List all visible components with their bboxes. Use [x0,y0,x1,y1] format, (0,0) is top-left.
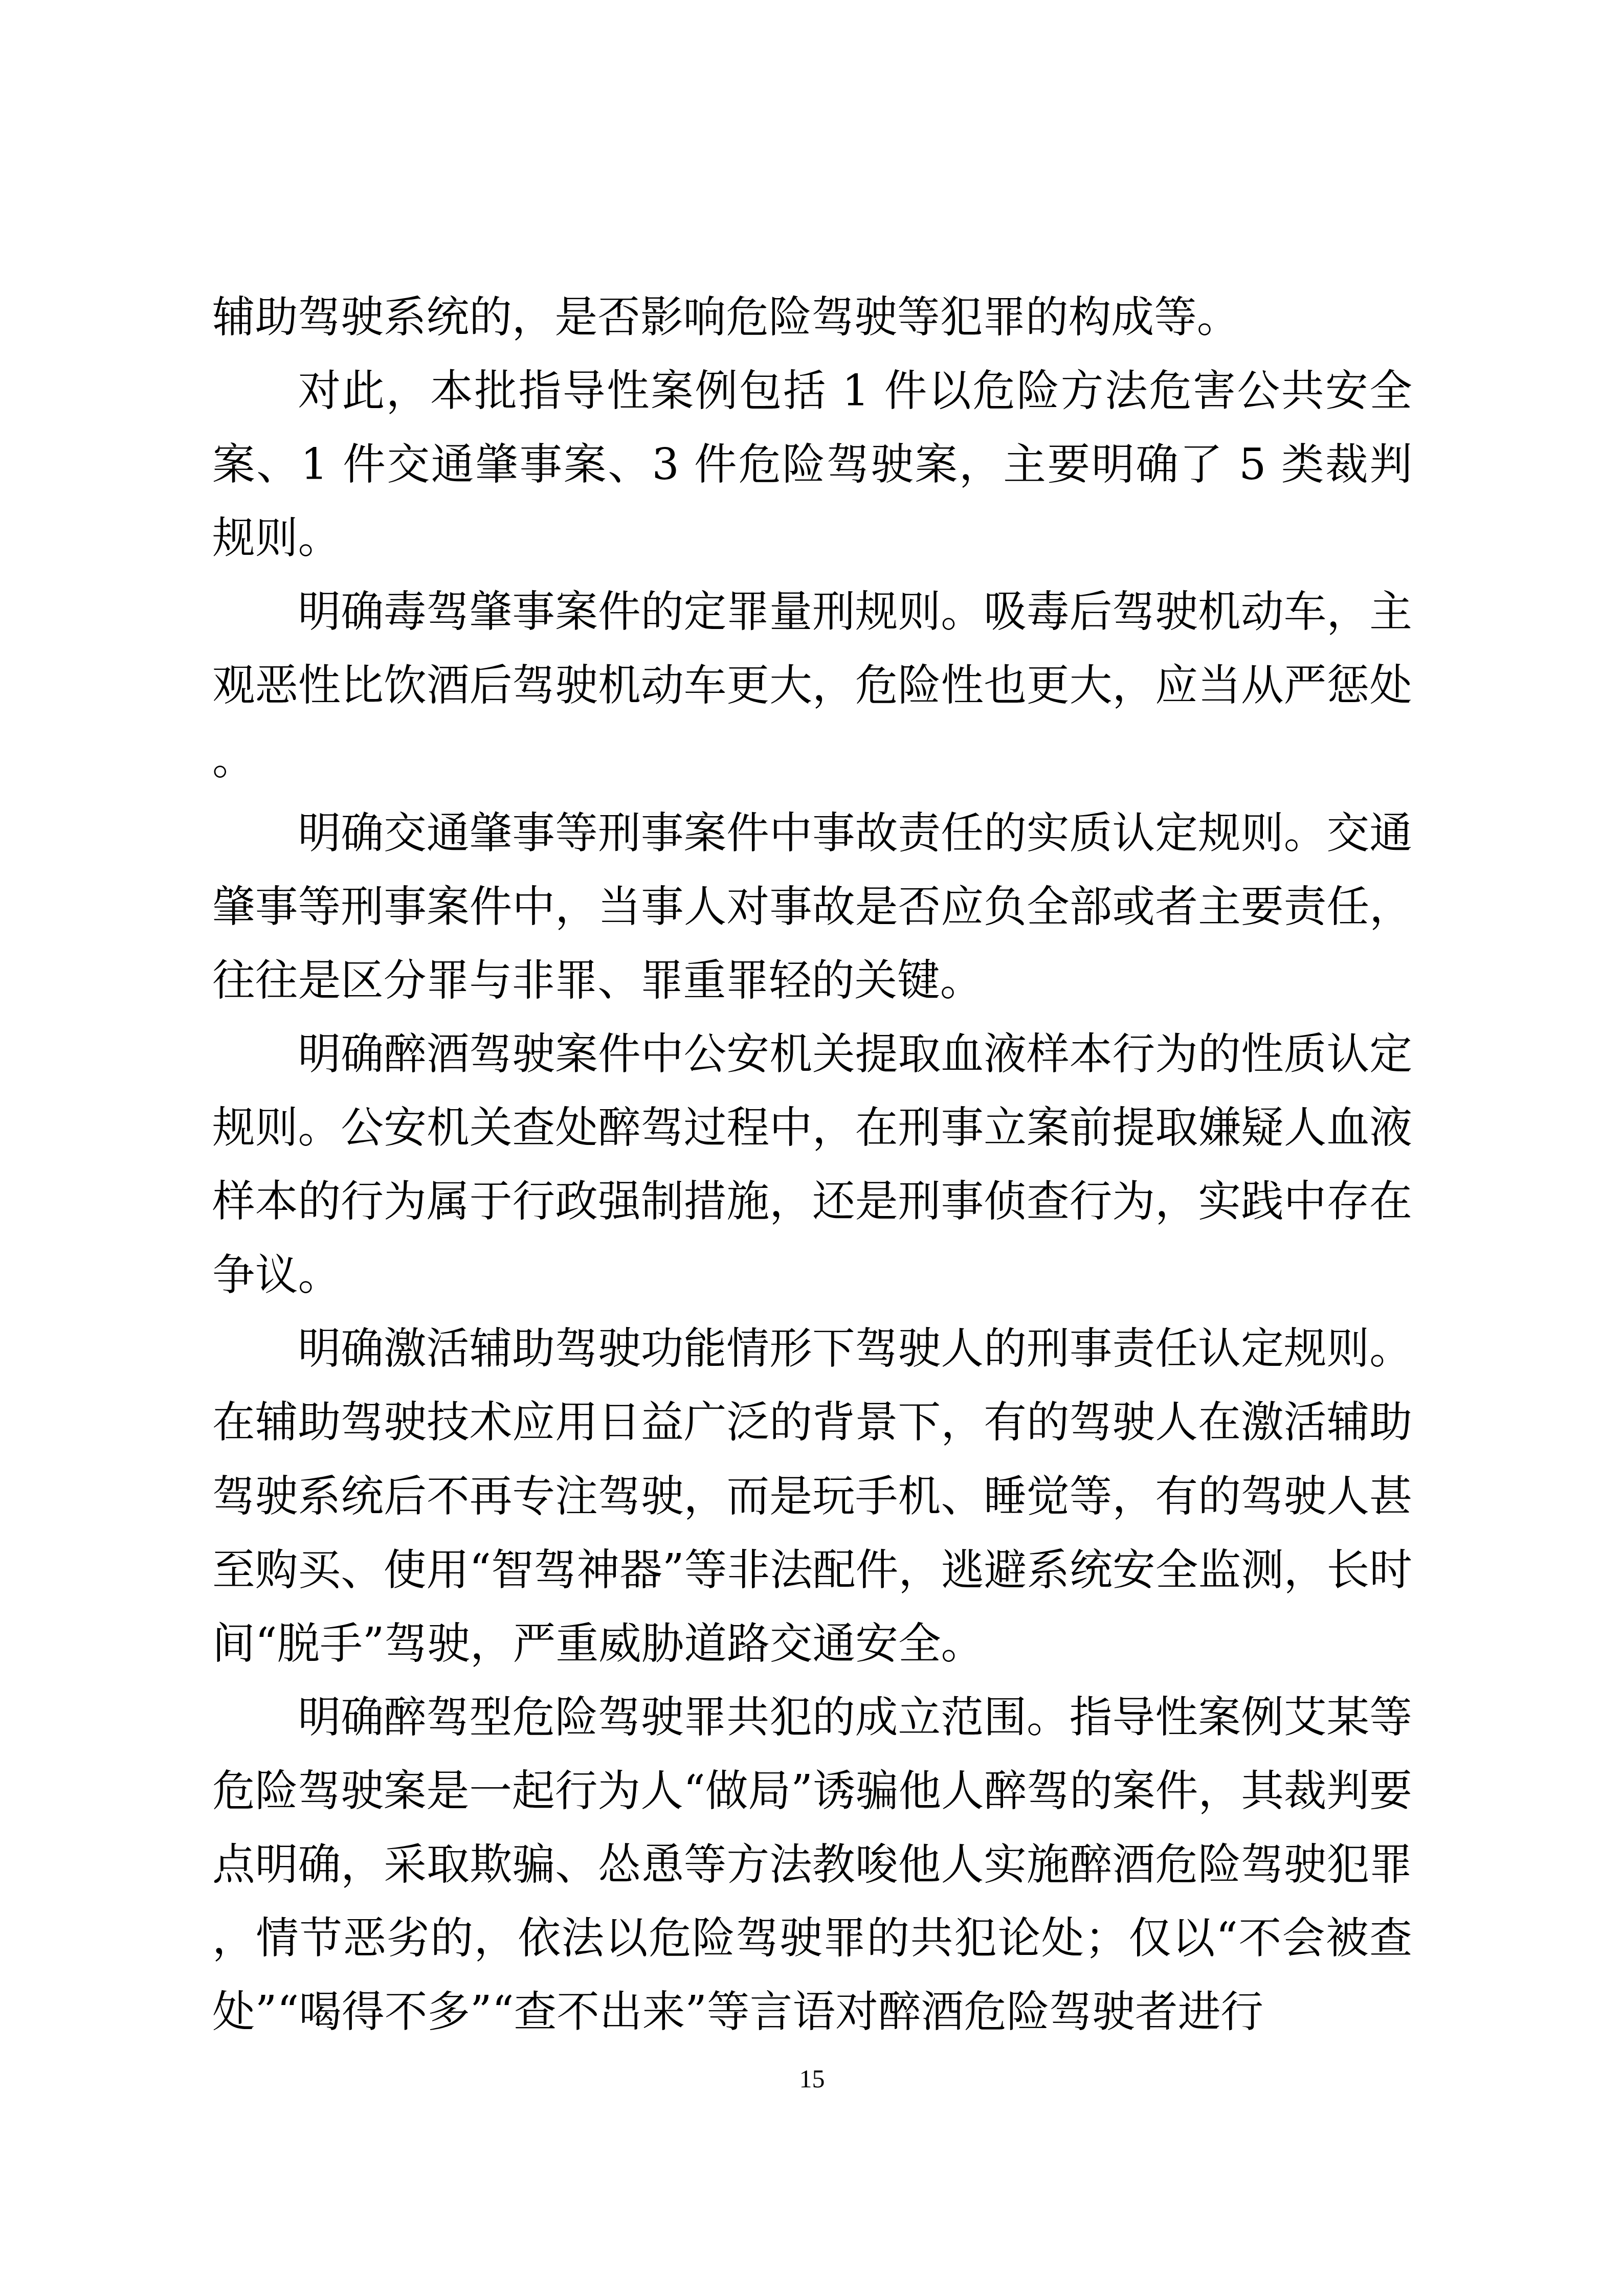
paragraph-rule-blood-sample: 明确醉酒驾驶案件中公安机关提取血液样本行为的性质认定规则。公安机关查处醉驾过程中… [212,1017,1412,1312]
paragraph-intro-cases: 对此，本批指导性案例包括 1 件以危险方法危害公共安全案、1 件交通肇事案、3 … [212,354,1412,575]
paragraph-rule-accomplice: 明确醉驾型危险驾驶罪共犯的成立范围。指导性案例艾某等危险驾驶案是一起行为人“做局… [212,1680,1412,2049]
page-number: 15 [0,2063,1624,2094]
paragraph-rule-assisted-driving: 明确激活辅助驾驶功能情形下驾驶人的刑事责任认定规则。在辅助驾驶技术应用日益广泛的… [212,1312,1412,1680]
document-page: 辅助驾驶系统的，是否影响危险驾驶等犯罪的构成等。 对此，本批指导性案例包括 1 … [0,0,1624,2296]
paragraph-continuation: 辅助驾驶系统的，是否影响危险驾驶等犯罪的构成等。 [212,280,1412,354]
paragraph-rule-drug-driving: 明确毒驾肇事案件的定罪量刑规则。吸毒后驾驶机动车，主观恶性比饮酒后驾驶机动车更大… [212,575,1412,796]
paragraph-rule-accident-liability: 明确交通肇事等刑事案件中事故责任的实质认定规则。交通肇事等刑事案件中，当事人对事… [212,796,1412,1017]
document-body: 辅助驾驶系统的，是否影响危险驾驶等犯罪的构成等。 对此，本批指导性案例包括 1 … [212,280,1412,2049]
